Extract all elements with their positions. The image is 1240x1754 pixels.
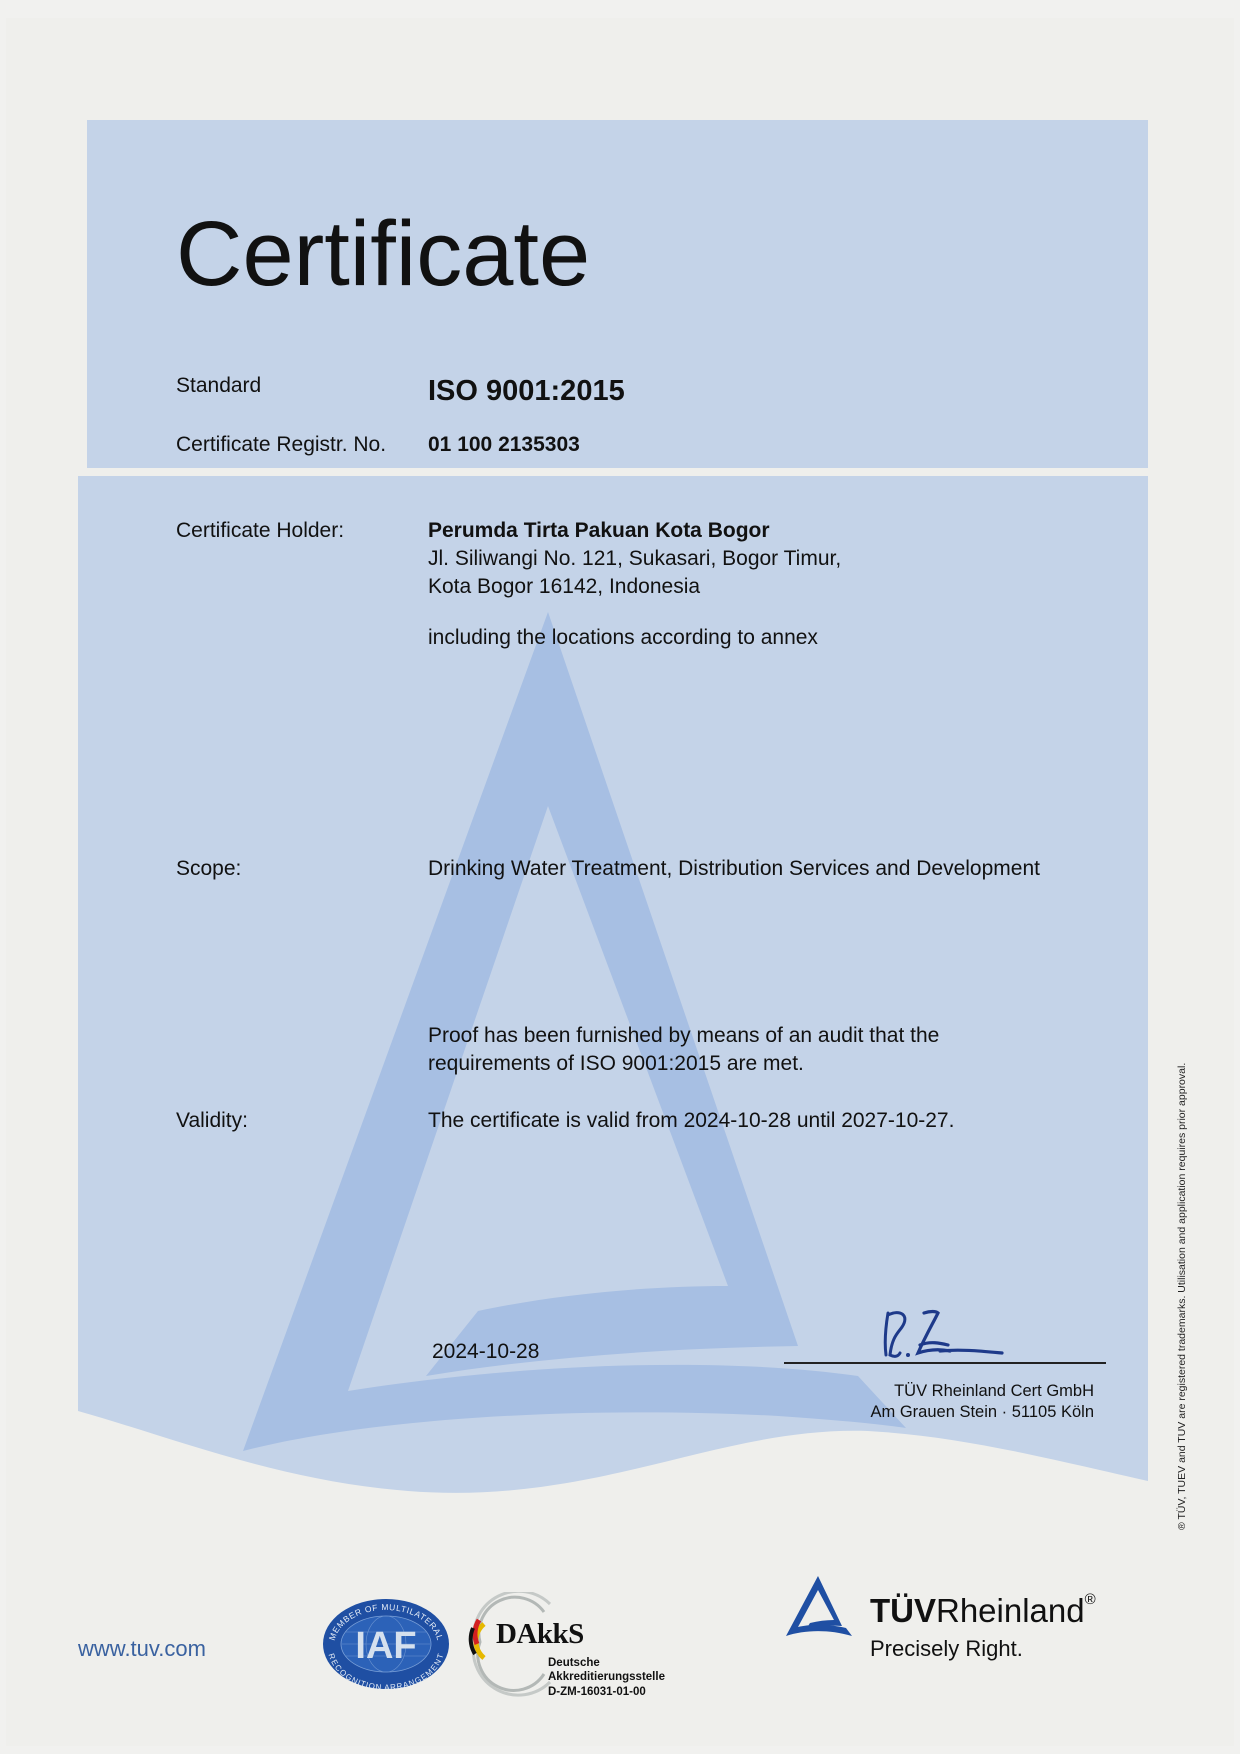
certificate-title: Certificate xyxy=(176,208,590,300)
signature-icon xyxy=(880,1305,1020,1365)
brand-regular: Rheinland xyxy=(936,1592,1085,1629)
validity-label: Validity: xyxy=(176,1110,248,1131)
registr-label: Certificate Registr. No. xyxy=(176,434,386,455)
dakks-logo: DAkkS Deutsche Akkreditierungsstelle D-Z… xyxy=(464,1592,684,1702)
dakks-line1: Deutsche xyxy=(548,1656,665,1670)
svg-text:IAF: IAF xyxy=(355,1625,416,1667)
holder-name: Perumda Tirta Pakuan Kota Bogor xyxy=(428,520,841,541)
holder-address-line1: Jl. Siliwangi No. 121, Sukasari, Bogor T… xyxy=(428,548,841,569)
tuv-rheinland-wordmark: TÜVRheinland® xyxy=(870,1594,1096,1627)
proof-statement: Proof has been furnished by means of an … xyxy=(428,1025,939,1081)
registered-mark: ® xyxy=(1085,1591,1096,1608)
registr-value: 01 100 2135303 xyxy=(428,434,580,455)
brand-bold: TÜV xyxy=(870,1592,936,1629)
scope-value: Drinking Water Treatment, Distribution S… xyxy=(428,858,1040,879)
holder-label: Certificate Holder: xyxy=(176,520,344,541)
dakks-title: DAkkS xyxy=(496,1618,584,1651)
issuer-name: TÜV Rheinland Cert GmbH xyxy=(871,1381,1095,1402)
proof-line1: Proof has been furnished by means of an … xyxy=(428,1025,939,1046)
tuv-slogan: Precisely Right. xyxy=(870,1636,1023,1662)
holder-note: including the locations according to ann… xyxy=(428,627,818,648)
holder-block: Perumda Tirta Pakuan Kota Bogor Jl. Sili… xyxy=(428,520,841,604)
website-link[interactable]: www.tuv.com xyxy=(78,1636,206,1662)
validity-value: The certificate is valid from 2024-10-28… xyxy=(428,1110,954,1131)
dakks-line3: D-ZM-16031-01-00 xyxy=(548,1685,665,1699)
tuv-triangle-icon xyxy=(784,1574,854,1640)
signature-line xyxy=(784,1362,1106,1364)
standard-value: ISO 9001:2015 xyxy=(428,377,625,406)
issue-date: 2024-10-28 xyxy=(432,1340,539,1364)
iaf-logo-icon: IAF MEMBER OF MULTILATERAL RECOGNITION A… xyxy=(320,1596,452,1692)
dakks-line2: Akkreditierungsstelle xyxy=(548,1670,665,1684)
issuer-block: TÜV Rheinland Cert GmbH Am Grauen Stein … xyxy=(871,1381,1095,1424)
holder-address-line2: Kota Bogor 16142, Indonesia xyxy=(428,576,841,597)
issuer-address: Am Grauen Stein · 51105 Köln xyxy=(871,1402,1095,1423)
scope-label: Scope: xyxy=(176,858,241,879)
standard-label: Standard xyxy=(176,375,261,396)
proof-line2: requirements of ISO 9001:2015 are met. xyxy=(428,1053,939,1074)
dakks-subtitle: Deutsche Akkreditierungsstelle D-ZM-1603… xyxy=(548,1656,665,1699)
trademark-note: ® TÜV, TUEV and TUV are registered trade… xyxy=(1176,1063,1188,1530)
